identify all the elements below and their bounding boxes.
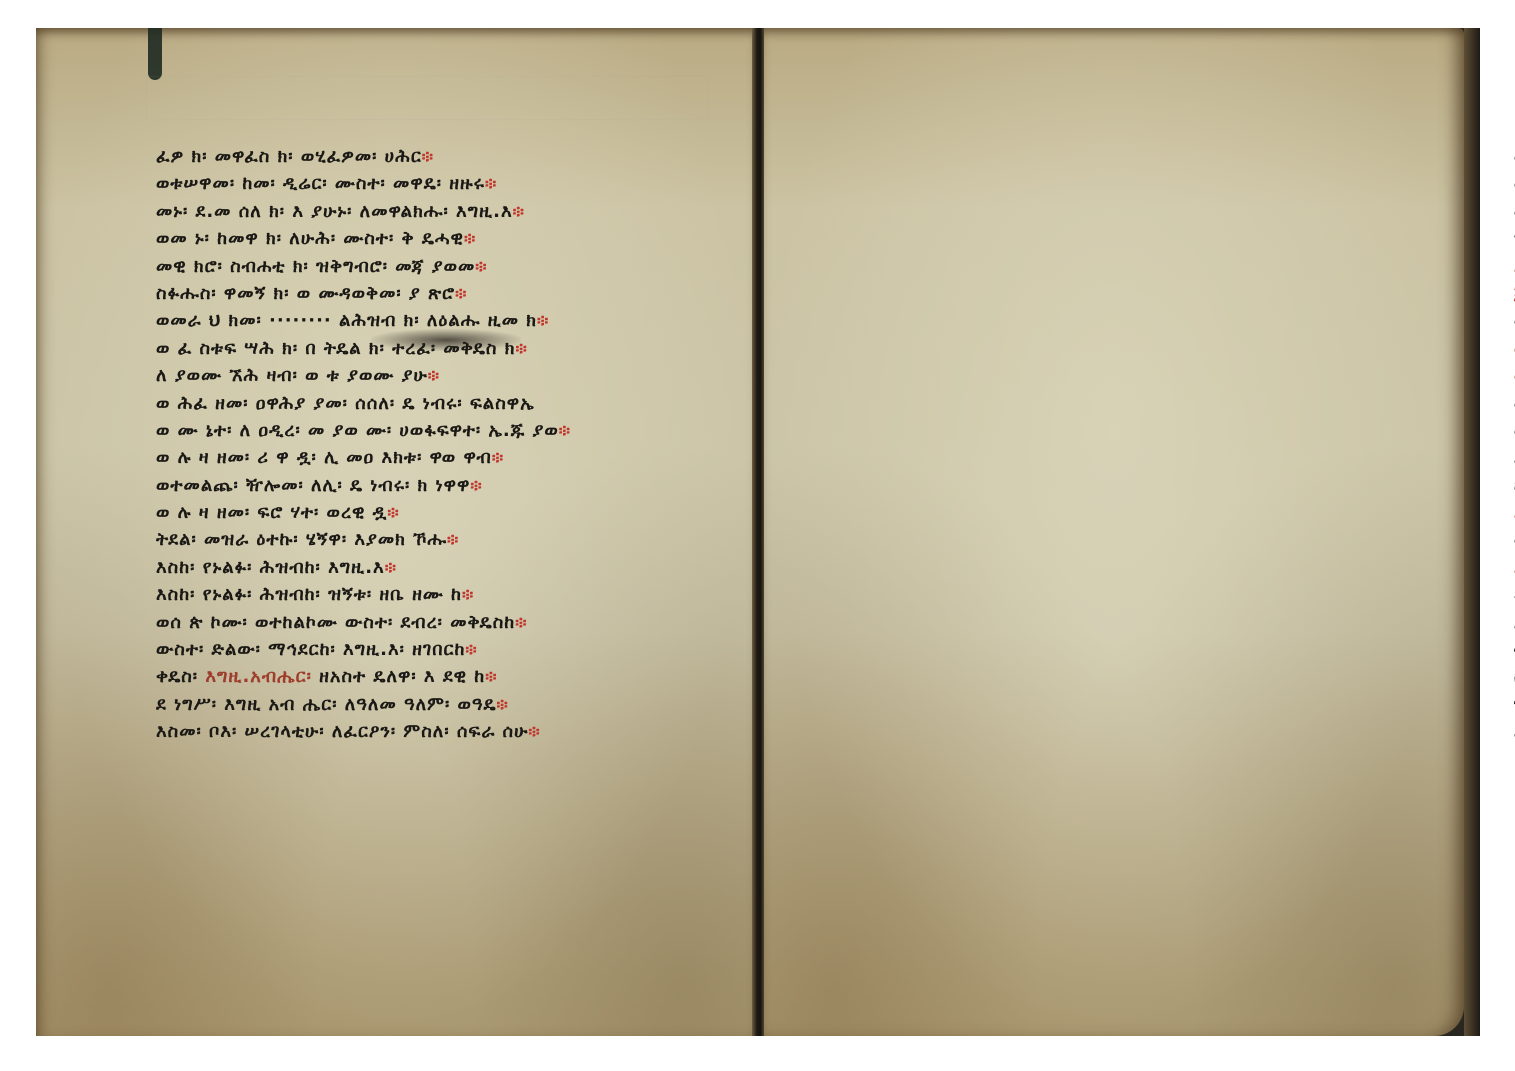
left-folio: ፈዎ ክ፡ መዋፈስ ክ፡ ወሂፈዎመ፡ ሀሕር፨ወቱሠዋመ፡ ከመ፡ ዲሬር፡…	[36, 28, 754, 1036]
verse-separator: ፨	[485, 174, 497, 193]
right-folio: 120 C ወመስተ ፅዕኝ፡ ውስተ፡ ባሕር፨ወ አስተ ጋብአ፡ እግዚ.…	[764, 28, 1464, 1036]
line-text: ቀዴስ፡	[156, 666, 198, 687]
rubric-text: እግዚ.አብሔር፡	[198, 666, 312, 687]
verse-separator: ፨	[465, 640, 477, 659]
line-text: ወሰ ጵ ኮሙ፡ ወተከልኮሙ ውስተ፡ ደብረ፡ መቅዴስከ	[156, 612, 515, 633]
verse-separator: ፨	[387, 503, 399, 522]
line-text: ወ ሉ ዛ ዘመ፡ ፍሮ ሃተ፡ ወረዊ ዷ	[156, 502, 387, 523]
line-text: ትደል፡ መዝራ ዕተኩ፡ ሄኝዋ፡ እያመክ ኾሑ	[156, 529, 447, 550]
line-text: ለ ያወሙ ኧሕ ዛብ፡ ወ ቱ ያወሙ	[156, 365, 394, 386]
line-text: ፈዎ ክ፡ መዋፈስ ክ፡ ወሂፈዎመ፡ ሀሕር	[156, 146, 422, 167]
text-line: ወመ ኑ፡ ከመዋ ክ፡ ለሁሕ፡ ሙስተ፡ ቅ ዴሓዊ፨	[156, 225, 726, 252]
line-text: ውስተ፡ ድልው፡ ማኅደርከ፡ እግዚ.እ፡ ዘገበርከ	[156, 639, 465, 660]
verse-separator: ፨	[492, 448, 504, 467]
text-line: ቀዴስ፡ እግዚ.አብሔር፡ ዘአስተ ዴለዋ፡ እ ደዊ ከ፨	[156, 663, 726, 690]
text-line: ወቱሠዋመ፡ ከመ፡ ዲሬር፡ ሙስተ፡ መዋዴ፡ ዘዙሩ፨	[156, 170, 726, 197]
line-text: እስከ፡ የኑልፉ፡ ሕዝብከ፡ ዝኝቱ፡ ዘቤ ዘሙ ከ	[156, 584, 462, 605]
verse-separator: ፨	[528, 722, 540, 741]
verse-separator: ፨	[485, 667, 497, 686]
text-line: ወ ሉ ዛ ዘመ፡ ሪ ዋ ዷ፡ ሊ መዐ እክቱ፡ ዋወ ዋብ፨	[156, 444, 726, 471]
line-text: ዘአስተ ዴለዋ፡ እ ደዊ ከ	[312, 666, 485, 687]
text-line: ወሰ ጵ ኮሙ፡ ወተከልኮሙ ውስተ፡ ደብረ፡ መቅዴስከ፨	[156, 609, 726, 636]
line-text: ወተመልጨ፡ ዥሎመ፡ ለሊ፡ ዴ ነብሩ፡ ክ ነዋዋ	[156, 475, 470, 496]
text-line: እስመ፡ ቦእ፡ ሠረገላቲሁ፡ ለፈርዖን፡ ምስለ፡ ሰፍራ ሰሁ፨	[156, 718, 726, 745]
verse-separator: ፨	[515, 339, 527, 358]
line-text: ወቱሠዋመ፡ ከመ፡ ዲሬር፡ ሙስተ፡ መዋዴ፡ ዘዙሩ	[156, 173, 485, 194]
text-line: ወተመልጨ፡ ዥሎመ፡ ለሊ፡ ዴ ነብሩ፡ ክ ነዋዋ፨	[156, 472, 726, 499]
verse-separator: ፨	[428, 366, 440, 385]
verse-separator: ፨	[385, 558, 397, 577]
verse-separator: ፨	[559, 421, 571, 440]
text-line: ፈዎ ክ፡ መዋፈስ ክ፡ ወሂፈዎመ፡ ሀሕር፨	[156, 143, 726, 170]
line-text: ወ ፈ ስቱፍ ሣሕ ክ፡ በ ትዴል ክ፡ ተረፈ፡ መቅዴስ ክ	[156, 338, 515, 359]
line-text: እስመ፡ ቦእ፡ ሠረገላቲሁ፡ ለፈርዖን፡ ምስለ፡ ሰፍራ ሰሁ	[156, 721, 528, 742]
text-line: ወ ሙ ኔተ፡ ለ ዐዲረ፡ መ ያወ ሙ፡ ሀወፋፍዋተ፡ ኤ.ጁ ያወ፨	[156, 417, 726, 444]
verse-separator: ፨	[537, 311, 549, 330]
text-line: እስከ፡ የኑልፉ፡ ሕዝብከ፡ እግዚ.እ፨	[156, 554, 726, 581]
line-text: ወ ሙ ኔተ፡ ለ ዐዲረ፡ መ ያወ ሙ፡ ሀወፋፍዋተ፡ ኤ.ጁ ያወ	[156, 420, 559, 441]
text-line: እስከ፡ የኑልፉ፡ ሕዝብከ፡ ዝኝቱ፡ ዘቤ ዘሙ ከ፨	[156, 581, 726, 608]
text-line: ስፉሑስ፡ ዋመኝ ክ፡ ወ ሙዳወቅመ፡ ያ ጽሮ፨	[156, 280, 726, 307]
left-text-column: ፈዎ ክ፡ መዋፈስ ክ፡ ወሂፈዎመ፡ ሀሕር፨ወቱሠዋመ፡ ከመ፡ ዲሬር፡…	[156, 143, 726, 746]
verse-separator: ፨	[462, 585, 474, 604]
text-line: ወ ፈ ስቱፍ ሣሕ ክ፡ በ ትዴል ክ፡ ተረፈ፡ መቅዴስ ክ፨	[156, 335, 726, 362]
text-line: መኑ፡ ደ.መ ሰለ ክ፡ እ ያሁኑ፡ ለመዋልክሑ፡ እግዚ.እ፨	[156, 198, 726, 225]
text-line: ወ ሉ ዛ ዘመ፡ ፍሮ ሃተ፡ ወረዊ ዷ፨	[156, 499, 726, 526]
verse-separator: ፨	[455, 284, 467, 303]
text-line: መዊ ክሮ፡ ስብሐቲ ክ፡ ዝቅግብሮ፡ መጃ ያወመ፨	[156, 253, 726, 280]
text-line: ደ ነግሥ፡ እግዚ አብ ሔር፡ ለዓለመ ዓለም፡ ወዓዴ፨	[156, 691, 726, 718]
verse-separator: ፨	[422, 147, 434, 166]
line-text: ስፉሑስ፡ ዋመኝ ክ፡ ወ ሙዳወቅመ፡ ያ ጽሮ	[156, 283, 455, 304]
line-text: ወ ሕፈ ዘመ፡ ዐዋሕያ ያመ፡ ሰሰለ፡ ዴ ነብሩ፡ ፍልስዋኤ	[156, 393, 535, 414]
text-line: ውስተ፡ ድልው፡ ማኅደርከ፡ እግዚ.እ፡ ዘገበርከ፨	[156, 636, 726, 663]
text-line: ወመራ ህ ክመ፡ ········ ልሕዝብ ክ፡ ለዕልሑ ዚመ ክ፨	[156, 307, 726, 334]
verse-separator: ፨	[447, 530, 459, 549]
page-edge	[1464, 28, 1480, 1036]
verse-separator: ፨	[470, 476, 482, 495]
bookmark-string	[148, 28, 162, 80]
text-line: ወ ሕፈ ዘመ፡ ዐዋሕያ ያመ፡ ሰሰለ፡ ዴ ነብሩ፡ ፍልስዋኤ	[156, 390, 726, 417]
text-line: ትደል፡ መዝራ ዕተኩ፡ ሄኝዋ፡ እያመክ ኾሑ፨	[156, 526, 726, 553]
verse-separator: ፨	[513, 202, 525, 221]
manuscript-photo: ፈዎ ክ፡ መዋፈስ ክ፡ ወሂፈዎመ፡ ሀሕር፨ወቱሠዋመ፡ ከመ፡ ዲሬር፡…	[36, 28, 1480, 1036]
line-text: መኑ፡ ደ.መ ሰለ ክ፡ እ ያሁኑ፡ ለመዋልክሑ፡ እግዚ.እ	[156, 201, 513, 222]
line-text: ወ ሉ ዛ ዘመ፡ ሪ ዋ ዷ፡ ሊ መዐ እክቱ፡ ዋወ ዋብ	[156, 447, 492, 468]
verse-separator: ፨	[515, 613, 527, 632]
text-line: ለ ያወሙ ኧሕ ዛብ፡ ወ ቱ ያወሙ ያሁ፨	[156, 362, 726, 389]
line-text: ደ ነግሥ፡ እግዚ አብ ሔር፡ ለዓለመ ዓለም፡ ወዓዴ	[156, 694, 497, 715]
verse-separator: ፨	[497, 695, 509, 714]
faded-header-band	[146, 76, 708, 120]
line-text: ወመራ ህ ክመ፡ ········ ልሕዝብ ክ፡ ለዕልሑ ዚመ ክ	[156, 310, 537, 331]
line-text: ወመ ኑ፡ ከመዋ ክ፡ ለሁሕ፡ ሙስተ፡ ቅ ዴሓዊ	[156, 228, 464, 249]
margin-note: ያሁ	[394, 365, 427, 386]
line-text: መዊ ክሮ፡ ስብሐቲ ክ፡ ዝቅግብሮ፡ መጃ ያወመ	[156, 256, 475, 277]
verse-separator: ፨	[475, 257, 487, 276]
verse-separator: ፨	[464, 229, 476, 248]
line-text: እስከ፡ የኑልፉ፡ ሕዝብከ፡ እግዚ.እ	[156, 557, 385, 578]
